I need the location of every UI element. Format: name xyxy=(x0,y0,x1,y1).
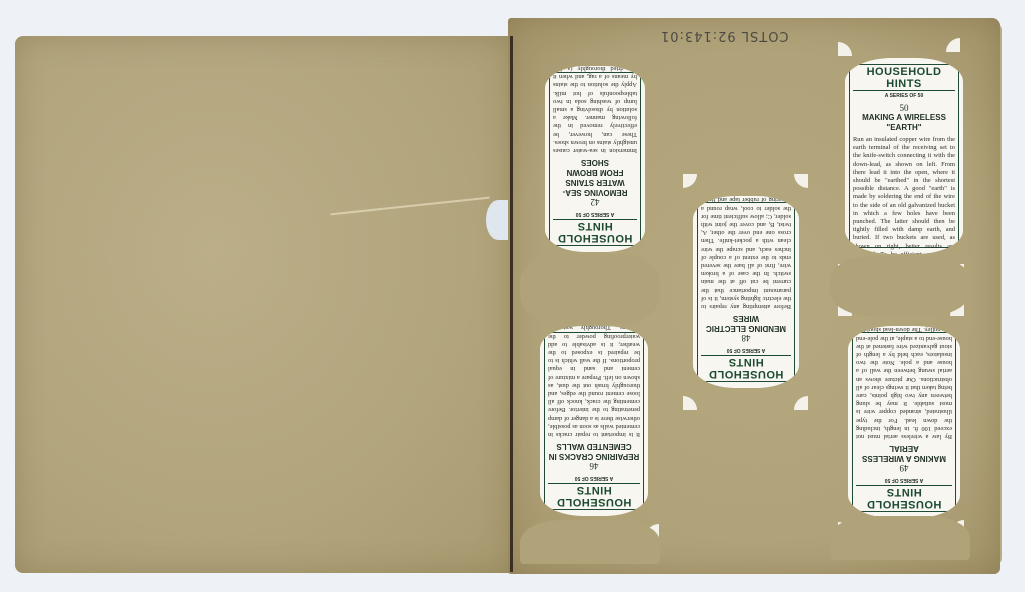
card-number: 48 xyxy=(742,333,751,343)
card-title: MENDING ELECTRIC WIRES xyxy=(701,313,791,333)
card-title: MAKING A WIRELESS "EARTH" xyxy=(853,113,955,133)
card-body: Before attempting any repairs to the ele… xyxy=(701,196,791,310)
card-series: A SERIES OF 50 xyxy=(576,211,614,217)
album-left-cover xyxy=(15,36,511,573)
card-number: 42 xyxy=(591,197,600,207)
card-body: Run an insulated copper wire from the ea… xyxy=(853,136,955,254)
card-series: A SERIES OF 50 xyxy=(575,475,613,481)
card-header: HOUSEHOLD HINTS xyxy=(553,219,637,244)
handwritten-note: COTSL 92:143:01 xyxy=(660,28,789,43)
card-header: HOUSEHOLD HINTS xyxy=(856,485,952,510)
card-header: HOUSEHOLD HINTS xyxy=(853,66,955,91)
card-title: REMOVING SEA-WATER STAINS FROM BROWN SHO… xyxy=(553,157,637,197)
card-body: Immersion in sea-water causes unsightly … xyxy=(553,66,637,154)
card-body: It is important to repair cracks in ceme… xyxy=(548,326,640,438)
mount-band xyxy=(830,516,970,560)
card-49: HOUSEHOLD HINTS A SERIES OF 50 49 MAKING… xyxy=(848,326,960,518)
card-series: A SERIES OF 50 xyxy=(885,93,923,99)
card-number: 46 xyxy=(590,461,599,471)
card-series: A SERIES OF 50 xyxy=(885,477,923,483)
card-header: HOUSEHOLD HINTS xyxy=(548,483,640,508)
card-number: 50 xyxy=(900,103,909,113)
mount-band xyxy=(520,520,660,564)
mount-band xyxy=(830,256,970,316)
card-series: A SERIES OF 50 xyxy=(727,347,765,353)
card-header: HOUSEHOLD HINTS xyxy=(701,355,791,380)
card-title: REPAIRING CRACKS IN CEMENTED WALLS xyxy=(548,441,640,461)
card-body: By law a wireless aerial must not exceed… xyxy=(856,326,952,440)
album-spine xyxy=(510,36,513,572)
card-50: HOUSEHOLD HINTS A SERIES OF 50 50 MAKING… xyxy=(845,58,963,254)
card-46: HOUSEHOLD HINTS A SERIES OF 50 46 REPAIR… xyxy=(540,326,648,516)
card-title: MAKING A WIRELESS AERIAL xyxy=(856,443,952,463)
card-48: HOUSEHOLD HINTS A SERIES OF 50 48 MENDIN… xyxy=(693,196,799,388)
card-42: HOUSEHOLD HINTS A SERIES OF 50 42 REMOVI… xyxy=(545,66,645,252)
mount-band xyxy=(520,254,660,324)
cover-tear xyxy=(486,200,510,240)
card-number: 49 xyxy=(900,463,909,473)
